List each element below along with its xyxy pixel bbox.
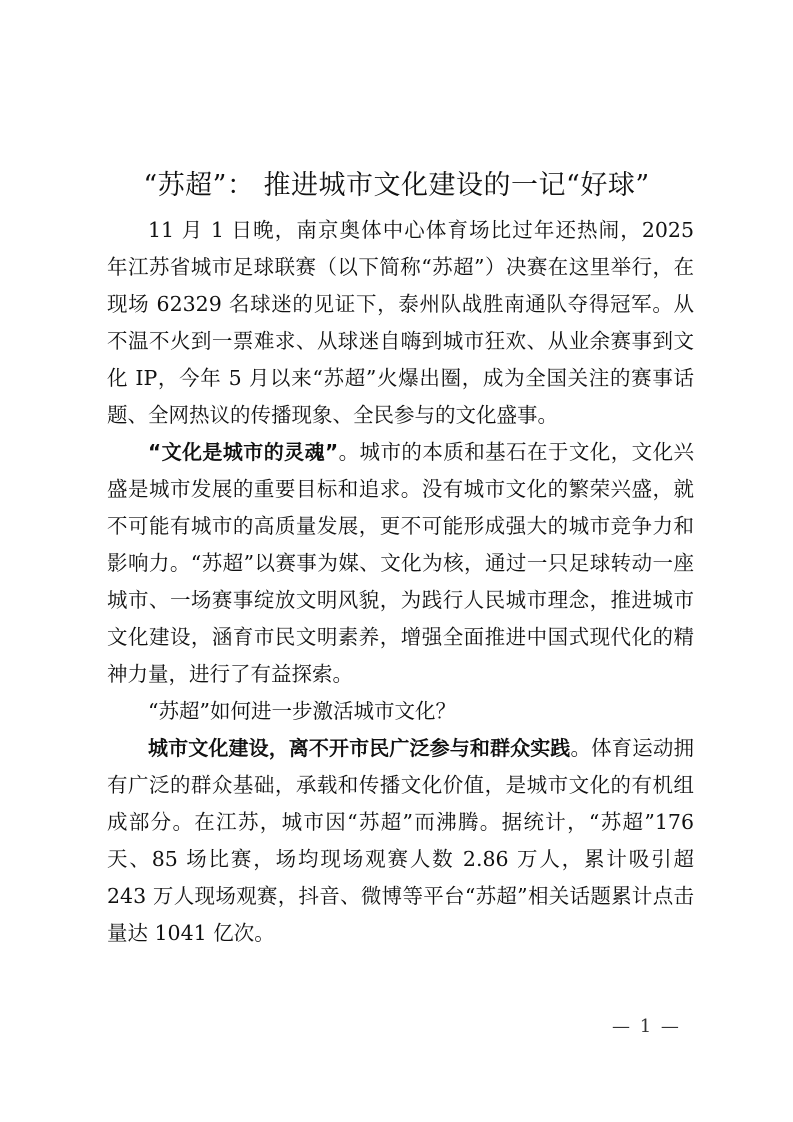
paragraph-participation: 城市文化建设，离不开市民广泛参与和群众实践。体育运动拥有广泛的群众基础，承载和传… [107,730,694,952]
paragraph-intro: 11 月 1 日晚，南京奥体中心体育场比过年还热闹，2025 年江苏省城市足球联… [107,212,694,434]
paragraph-lead: 城市文化建设，离不开市民广泛参与和群众实践 [148,736,570,760]
paragraph-text: 11 月 1 日晚，南京奥体中心体育场比过年还热闹，2025 年江苏省城市足球联… [107,218,694,427]
paragraph-text: “苏超”如何进一步激活城市文化？ [148,699,456,723]
page-number: — 1 — [612,1016,681,1037]
paragraph-text: 。城市的本质和基石在于文化，文化兴盛是城市发展的重要目标和追求。没有城市文化的繁… [107,440,694,686]
document-title: “苏超”： 推进城市文化建设的一记“好球” [80,166,713,206]
paragraph-question: “苏超”如何进一步激活城市文化？ [107,693,694,730]
document-body: 11 月 1 日晚，南京奥体中心体育场比过年还热闹，2025 年江苏省城市足球联… [107,212,694,952]
document-page: “苏超”： 推进城市文化建设的一记“好球” 11 月 1 日晚，南京奥体中心体育… [0,0,793,1122]
paragraph-text: 。体育运动拥有广泛的群众基础，承载和传播文化价值，是城市文化的有机组成部分。在江… [107,736,694,945]
paragraph-culture-soul: “文化是城市的灵魂”。城市的本质和基石在于文化，文化兴盛是城市发展的重要目标和追… [107,434,694,693]
paragraph-lead: “文化是城市的灵魂” [148,440,338,464]
